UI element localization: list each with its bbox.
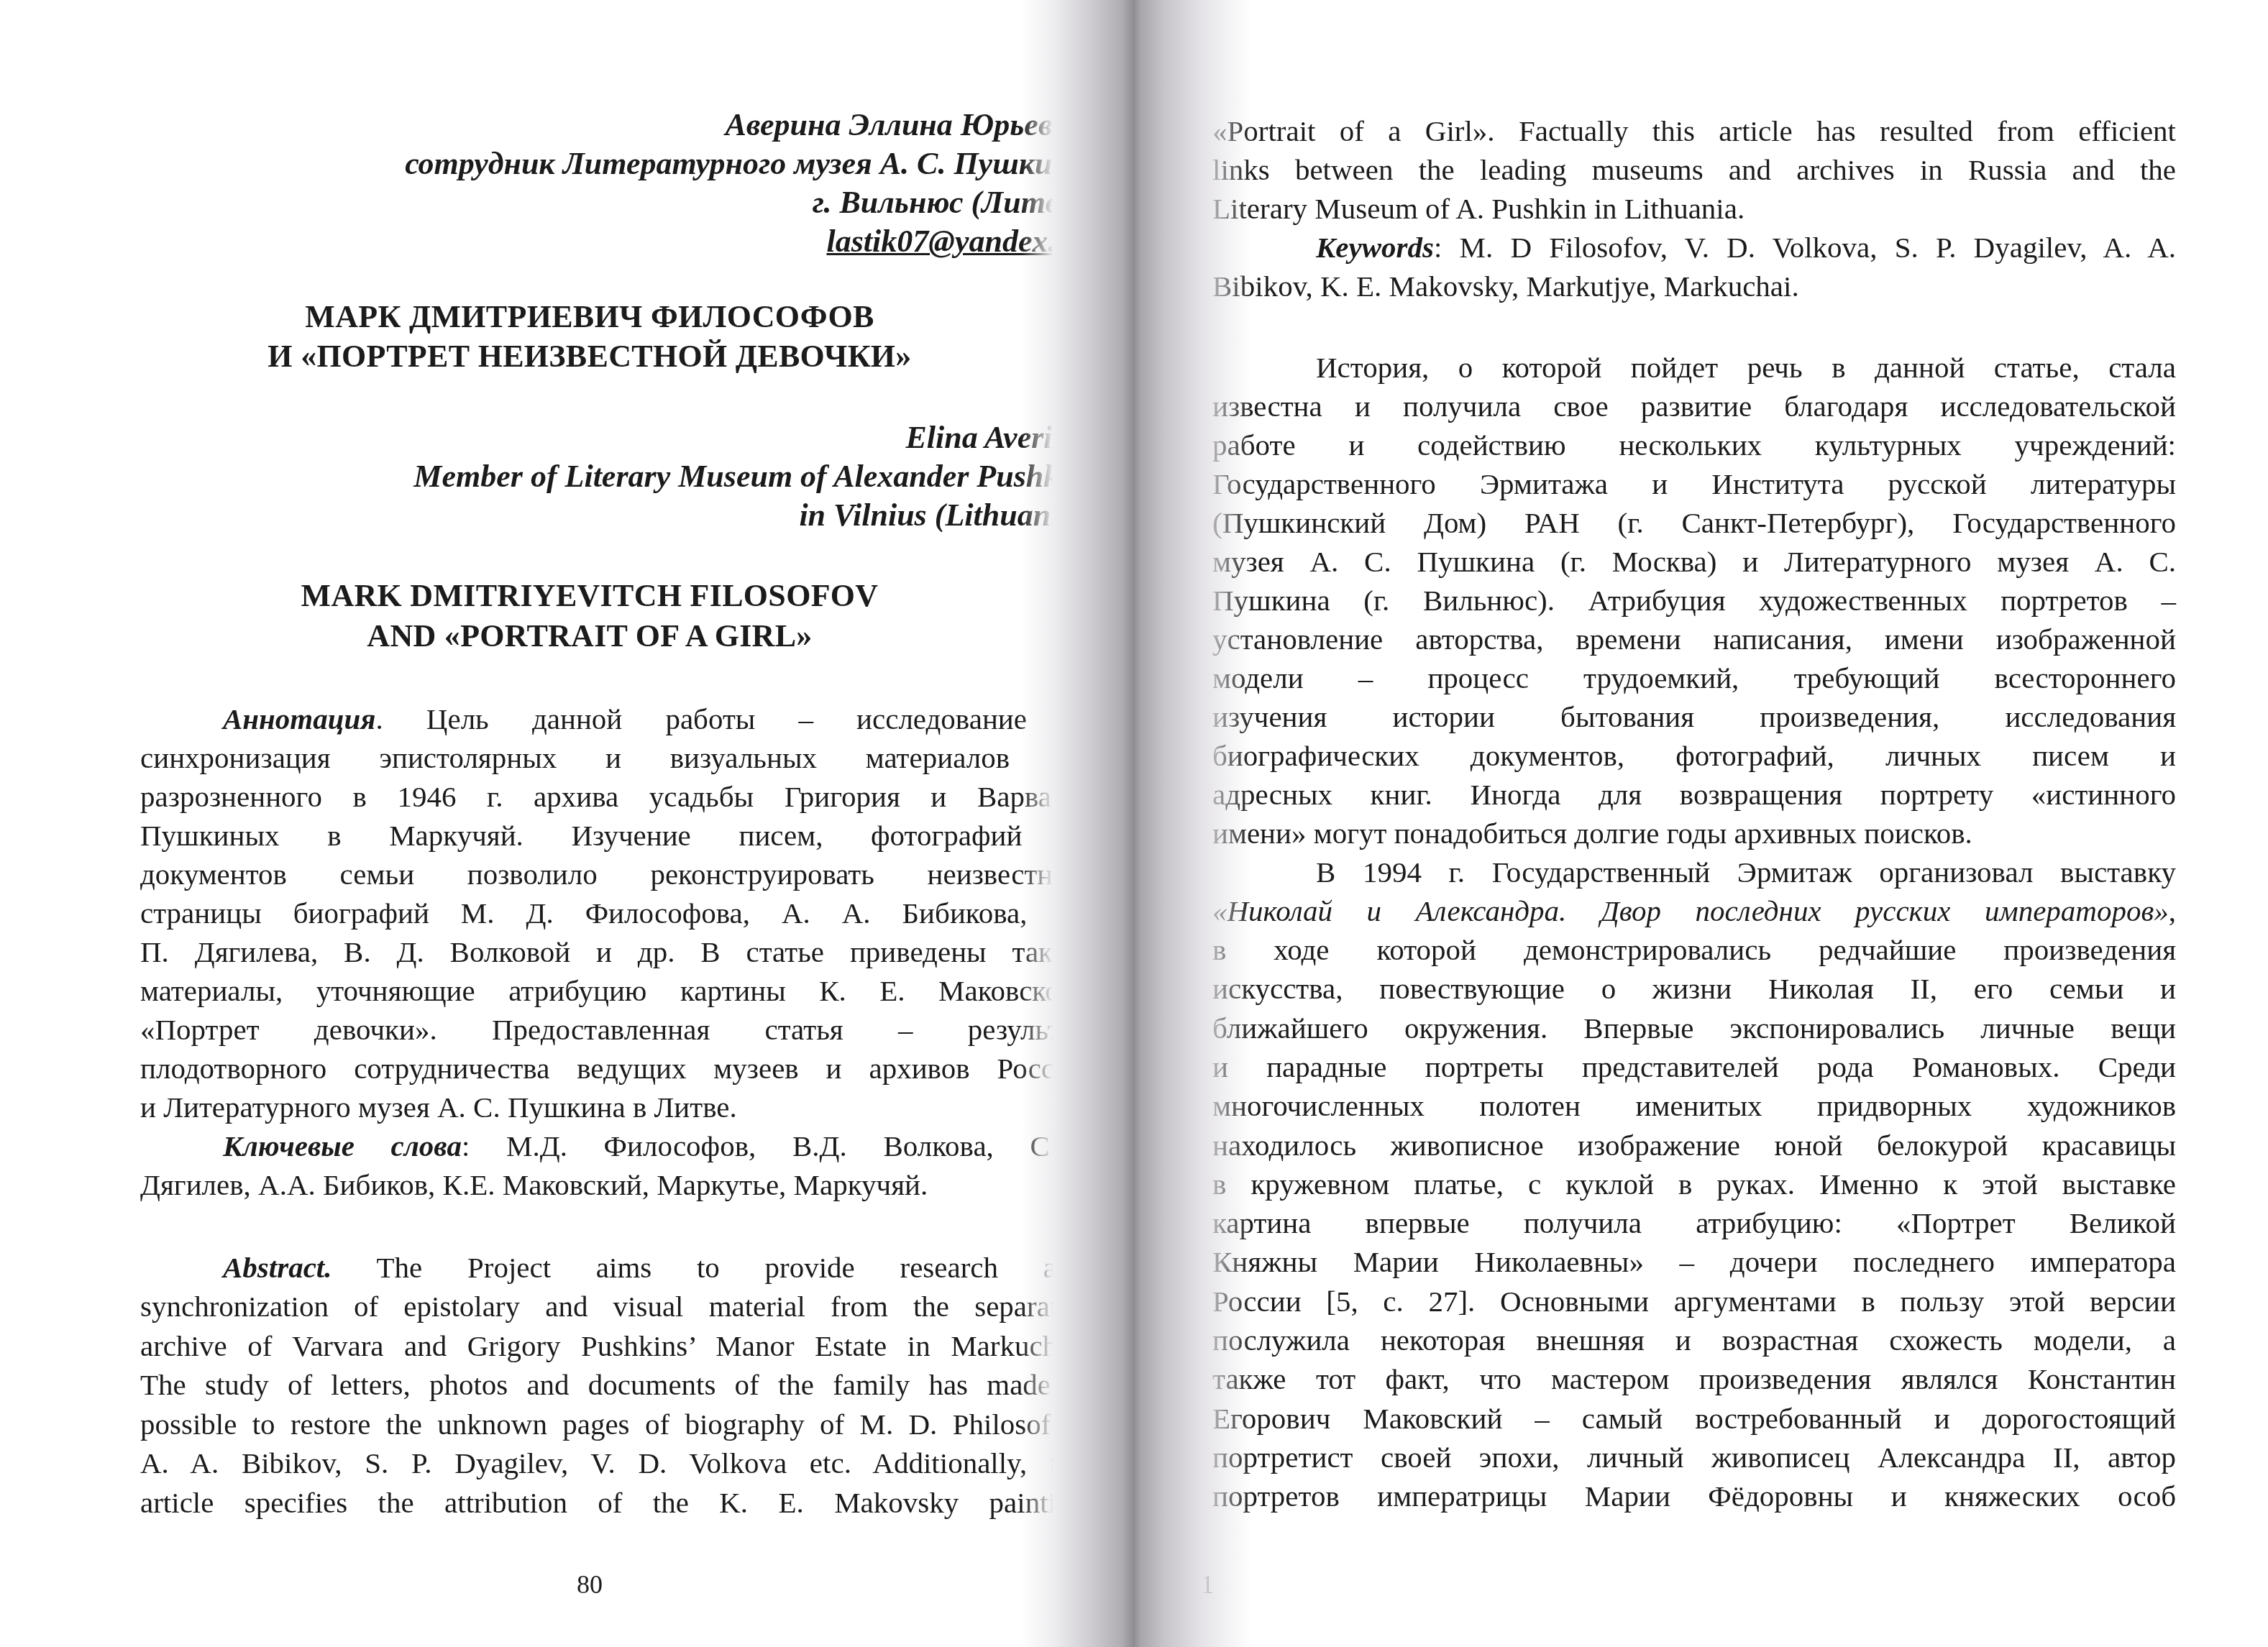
paragraph2-line: картина впервые получила атрибуцию: «Пор… <box>1212 1204 2176 1242</box>
exhibition-title-tail: , <box>2169 894 2176 927</box>
keywords-ru-label: Ключевые слова <box>223 1129 462 1162</box>
annotation-text: . Цель данной работы – исследование и <box>376 702 1087 735</box>
paragraph2-line: послужила некоторая внешняя и возрастная… <box>1212 1321 2176 1359</box>
abstract-line: possible to restore the unknown pages of… <box>140 1405 1086 1443</box>
right-page: «Portrait of a Girl». Factually this art… <box>1122 0 2268 1647</box>
annotation-last-line: и Литературного музея А. С. Пушкина в Ли… <box>140 1088 1086 1126</box>
abstract-line: The study of letters, photos and documen… <box>140 1366 1086 1403</box>
paragraph1-line: изучения истории бытования произведения,… <box>1212 698 2176 735</box>
paragraph1-line: Государственного Эрмитажа и Института ру… <box>1212 465 2176 503</box>
annotation-line: документов семьи позволило реконструиров… <box>140 855 1086 893</box>
paragraph1-line: (Пушкинский Дом) РАН (г. Санкт-Петербург… <box>1212 504 2176 541</box>
title-ru-line-1: МАРК ДМИТРИЕВИЧ ФИЛОСОФОВ <box>144 298 1035 336</box>
keywords-ru-text: : М.Д. Философов, В.Д. Волкова, С.П. <box>462 1129 1086 1162</box>
paragraph2-line: и парадные портреты представителей рода … <box>1212 1048 2176 1086</box>
paragraph2-line: Княжны Марии Николаевны» – дочери послед… <box>1212 1243 2176 1280</box>
author-ru-position: сотрудник Литературного музея А. С. Пушк… <box>216 145 1086 183</box>
annotation-line: плодотворного сотрудничества ведущих муз… <box>140 1050 1086 1087</box>
annotation-line: разрозненного в 1946 г. архива усадьбы Г… <box>140 778 1086 815</box>
author-ru-city: г. Вильнюс (Литва) <box>216 184 1086 221</box>
annotation-line: страницы биографий М. Д. Философова, А. … <box>140 894 1086 932</box>
author-en-city: in Vilnius (Lithuania) <box>216 497 1086 534</box>
paragraph1-line: установление авторства, времени написани… <box>1212 620 2176 658</box>
abstract-line: synchronization of epistolary and visual… <box>140 1288 1086 1325</box>
paragraph1-line: музея А. С. Пушкина (г. Москва) и Литера… <box>1212 543 2176 580</box>
paragraph2-line: портретист своей эпохи, личный живописец… <box>1212 1439 2176 1476</box>
abstract-label: Abstract. <box>223 1251 332 1284</box>
annotation-line: «Портрет девочки». Предоставленная стать… <box>140 1011 1086 1048</box>
author-ru-email-row: lastik07@yandex.ru <box>216 223 1086 260</box>
paragraph1-line: адресных книг. Иногда для возвращения по… <box>1212 776 2176 813</box>
abstract-text: The Project aims to provide research and <box>332 1251 1087 1284</box>
keywords-ru-last-line: Дягилев, А.А. Бибиков, К.Е. Маковский, М… <box>140 1166 1086 1203</box>
abstract-cont-line: «Portrait of a Girl». Factually this art… <box>1212 112 2176 150</box>
author-en-name: Elina Averina <box>216 419 1086 457</box>
paragraph2-first-line: В 1994 г. Государственный Эрмитаж органи… <box>1316 853 2176 891</box>
annotation-line: П. Дягилева, В. Д. Волковой и др. В стат… <box>140 933 1086 971</box>
paragraph1-last-line: имени» могут понадобиться долгие годы ар… <box>1212 815 2176 852</box>
abstract-line: A. A. Bibikov, S. P. Dyagilev, V. D. Vol… <box>140 1444 1086 1482</box>
page-number-right: 81 <box>1115 1566 1287 1603</box>
annotation-line: Пушкиных в Маркучяй. Изучение писем, фот… <box>140 817 1086 854</box>
abstract-line: archive of Varvara and Grigory Pushkins’… <box>140 1327 1086 1364</box>
paragraph2-line: в кружевном платье, с куклой в руках. Им… <box>1212 1165 2176 1203</box>
title-ru-line-2: И «ПОРТРЕТ НЕИЗВЕСТНОЙ ДЕВОЧКИ» <box>144 338 1035 375</box>
paragraph2-line: также тот факт, что мастером произведени… <box>1212 1360 2176 1398</box>
exhibition-title-line: «Николай и Александра. Двор последних ру… <box>1212 892 2176 930</box>
paragraph1-line: модели – процесс трудоемкий, требующий в… <box>1212 659 2176 697</box>
annotation-line: материалы, уточняющие атрибуцию картины … <box>140 972 1086 1009</box>
paragraph1-line: работе и содействию нескольких культурны… <box>1212 426 2176 464</box>
keywords-en-text: : M. D Filosofov, V. D. Volkova, S. P. D… <box>1434 231 2176 264</box>
paragraph2-line: портретов императрицы Марии Фёдоровны и … <box>1212 1477 2176 1515</box>
keywords-ru-first-line: Ключевые слова: М.Д. Философов, В.Д. Вол… <box>223 1127 1086 1165</box>
paragraph1-line: известна и получила свое развитие благод… <box>1212 387 2176 425</box>
paragraph2-line: искусства, повествующие о жизни Николая … <box>1212 970 2176 1007</box>
book-spread: Аверина Эллина Юрьевна сотрудник Литерат… <box>0 0 2268 1647</box>
abstract-cont-line: links between the leading museums and ar… <box>1212 151 2176 188</box>
paragraph2-line: в ходе которой демонстрировались редчайш… <box>1212 931 2176 968</box>
exhibition-title: «Николай и Александра. Двор последних ру… <box>1212 894 2169 927</box>
abstract-first-line: Abstract. The Project aims to provide re… <box>223 1249 1086 1286</box>
author-en-position: Member of Literary Museum of Alexander P… <box>216 458 1086 495</box>
paragraph2-line: Егорович Маковский – самый востребованны… <box>1212 1400 2176 1437</box>
abstract-line: article specifies the attribution of the… <box>140 1484 1086 1521</box>
annotation-label: Аннотация <box>223 702 376 735</box>
paragraph2-line: многочисленных полотен именитых придворн… <box>1212 1087 2176 1124</box>
keywords-en-first-line: Keywords: M. D Filosofov, V. D. Volkova,… <box>1316 229 2176 266</box>
author-email-link[interactable]: lastik07@yandex.ru <box>826 224 1086 259</box>
author-ru-name: Аверина Эллина Юрьевна <box>216 106 1086 144</box>
paragraph1-line: биографических документов, фотографий, л… <box>1212 737 2176 774</box>
paragraph2-line: ближайшего окружения. Впервые экспониров… <box>1212 1009 2176 1047</box>
paragraph2-line: России [5, с. 27]. Основными аргументами… <box>1212 1283 2176 1320</box>
paragraph1-line: Пушкина (г. Вильнюс). Атрибуция художест… <box>1212 582 2176 619</box>
title-en-line-1: MARK DMITRIYEVITCH FILOSOFOV <box>144 577 1035 615</box>
annotation-first-line: Аннотация. Цель данной работы – исследов… <box>223 700 1086 738</box>
paragraph2-line: находилось живописное изображение юной б… <box>1212 1127 2176 1164</box>
abstract-cont-last-line: Literary Museum of A. Pushkin in Lithuan… <box>1212 190 2176 227</box>
keywords-en-label: Keywords <box>1316 231 1434 264</box>
keywords-en-last-line: Bibikov, K. E. Makovsky, Markutjye, Mark… <box>1212 267 2176 305</box>
left-page: Аверина Эллина Юрьевна сотрудник Литерат… <box>0 0 1122 1647</box>
title-en-line-2: AND «PORTRAIT OF A GIRL» <box>144 618 1035 655</box>
page-number-left: 80 <box>503 1566 676 1603</box>
annotation-line: синхронизация эпистолярных и визуальных … <box>140 739 1086 776</box>
paragraph1-first-line: История, о которой пойдет речь в данной … <box>1316 349 2176 386</box>
